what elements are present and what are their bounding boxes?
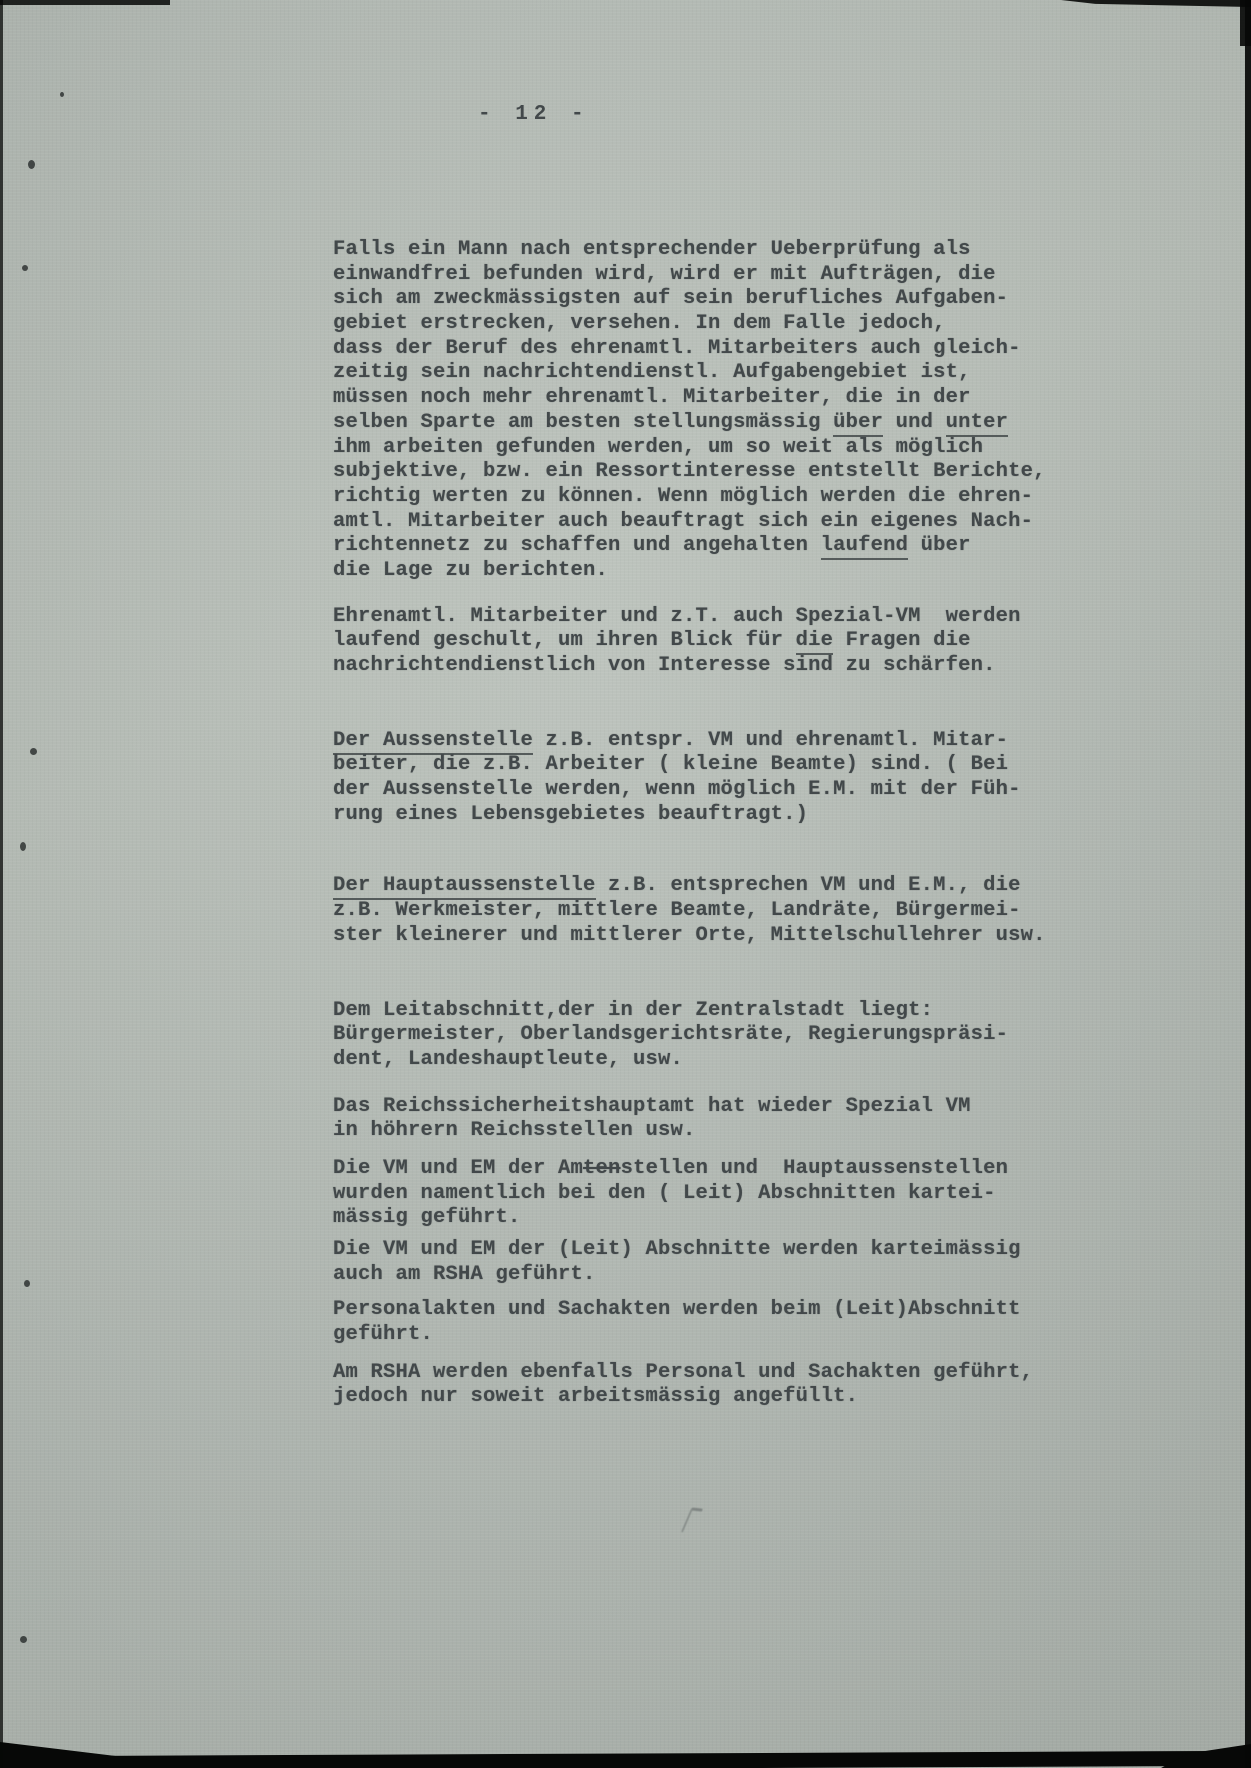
- text-line: richtennetz zu schaffen und angehalten l…: [333, 534, 1046, 559]
- paper-speck: [28, 160, 35, 169]
- text-line: dent, Landeshauptleute, usw.: [333, 1048, 1046, 1073]
- text-line: Bürgermeister, Oberlandsgerichtsräte, Re…: [333, 1023, 1046, 1048]
- paragraph: Am RSHA werden ebenfalls Personal und Sa…: [333, 1361, 1046, 1410]
- scan-edge-right: [1245, 0, 1251, 1768]
- paper-speck: [24, 1280, 30, 1287]
- page-number: - 12 -: [478, 103, 590, 126]
- text-line: zeitig sein nachrichtendienstl. Aufgaben…: [333, 361, 1046, 386]
- text-line: wurden namentlich bei den ( Leit) Abschn…: [333, 1182, 1046, 1207]
- text-line: Falls ein Mann nach entsprechender Ueber…: [333, 238, 1046, 263]
- text-line: Dem Leitabschnitt,der in der Zentralstad…: [333, 999, 1046, 1024]
- paragraph: Der Hauptaussenstelle z.B. entsprechen V…: [333, 874, 1046, 948]
- paper-speck: [30, 748, 37, 755]
- text-line: Ehrenamtl. Mitarbeiter und z.T. auch Spe…: [333, 605, 1046, 630]
- text-line: richtig werten zu können. Wenn möglich w…: [333, 485, 1046, 510]
- paragraph: Die VM und EM der Amtenstellen und Haupt…: [333, 1157, 1046, 1231]
- paragraph: Personalakten und Sachakten werden beim …: [333, 1298, 1046, 1347]
- text-line: subjektive, bzw. ein Ressortinteresse en…: [333, 460, 1046, 485]
- paragraph: Der Aussenstelle z.B. entspr. VM und ehr…: [333, 729, 1046, 828]
- text-line: geführt.: [333, 1323, 1046, 1348]
- scanned-page: - 12 - Falls ein Mann nach entsprechende…: [0, 0, 1251, 1768]
- scan-edge-left: [0, 0, 3, 1768]
- text-line: selben Sparte am besten stellungsmässig …: [333, 411, 1046, 436]
- scan-edge-top-right: [1061, 0, 1251, 7]
- document-body: Falls ein Mann nach entsprechender Ueber…: [333, 238, 1046, 1410]
- text-line: jedoch nur soweit arbeitsmässig angefüll…: [333, 1385, 1046, 1410]
- text-line: in höhrern Reichsstellen usw.: [333, 1119, 1046, 1144]
- paper-speck: [20, 842, 26, 851]
- text-line: rung eines Lebensgebietes beauftragt.): [333, 803, 1046, 828]
- paragraph: Dem Leitabschnitt,der in der Zentralstad…: [333, 999, 1046, 1073]
- paragraph: Das Reichssicherheitshauptamt hat wieder…: [333, 1095, 1046, 1144]
- paragraph: Falls ein Mann nach entsprechender Ueber…: [333, 238, 1046, 584]
- text-line: amtl. Mitarbeiter auch beauftragt sich e…: [333, 510, 1046, 535]
- text-line: nachrichtendienstlich von Interesse sind…: [333, 654, 1046, 679]
- text-line: Das Reichssicherheitshauptamt hat wieder…: [333, 1095, 1046, 1120]
- text-line: mässig geführt.: [333, 1206, 1046, 1231]
- text-line: Personalakten und Sachakten werden beim …: [333, 1298, 1046, 1323]
- text-line: Am RSHA werden ebenfalls Personal und Sa…: [333, 1361, 1046, 1386]
- text-line: auch am RSHA geführt.: [333, 1263, 1046, 1288]
- text-line: dass der Beruf des ehrenamtl. Mitarbeite…: [333, 337, 1046, 362]
- text-line: müssen noch mehr ehrenamtl. Mitarbeiter,…: [333, 386, 1046, 411]
- text-line: einwandfrei befunden wird, wird er mit A…: [333, 263, 1046, 288]
- text-line: ihm arbeiten gefunden werden, um so weit…: [333, 436, 1046, 461]
- text-line: sich am zweckmässigsten auf sein berufli…: [333, 287, 1046, 312]
- scan-edge-top-left: [0, 0, 170, 5]
- text-line: beiter, die z.B. Arbeiter ( kleine Beamt…: [333, 753, 1046, 778]
- text-line: ster kleinerer und mittlerer Orte, Mitte…: [333, 924, 1046, 949]
- paper-speck: [60, 92, 64, 97]
- text-line: Der Hauptaussenstelle z.B. entsprechen V…: [333, 874, 1046, 899]
- paper-speck: [20, 1636, 27, 1643]
- scan-edge-bottom: [0, 1751, 1251, 1768]
- text-line: z.B. Werkmeister, mittlere Beamte, Landr…: [333, 899, 1046, 924]
- text-line: laufend geschult, um ihren Blick für die…: [333, 629, 1046, 654]
- text-line: Die VM und EM der Amtenstellen und Haupt…: [333, 1157, 1046, 1182]
- text-line: Der Aussenstelle z.B. entspr. VM und ehr…: [333, 729, 1046, 754]
- text-line: gebiet erstrecken, versehen. In dem Fall…: [333, 312, 1046, 337]
- paragraph: Ehrenamtl. Mitarbeiter und z.T. auch Spe…: [333, 605, 1046, 679]
- pencil-mark: [681, 1507, 703, 1533]
- text-line: Die VM und EM der (Leit) Abschnitte werd…: [333, 1238, 1046, 1263]
- text-line: die Lage zu berichten.: [333, 559, 1046, 584]
- paper-speck: [22, 265, 28, 271]
- text-line: der Aussenstelle werden, wenn möglich E.…: [333, 778, 1046, 803]
- paragraph: Die VM und EM der (Leit) Abschnitte werd…: [333, 1238, 1046, 1287]
